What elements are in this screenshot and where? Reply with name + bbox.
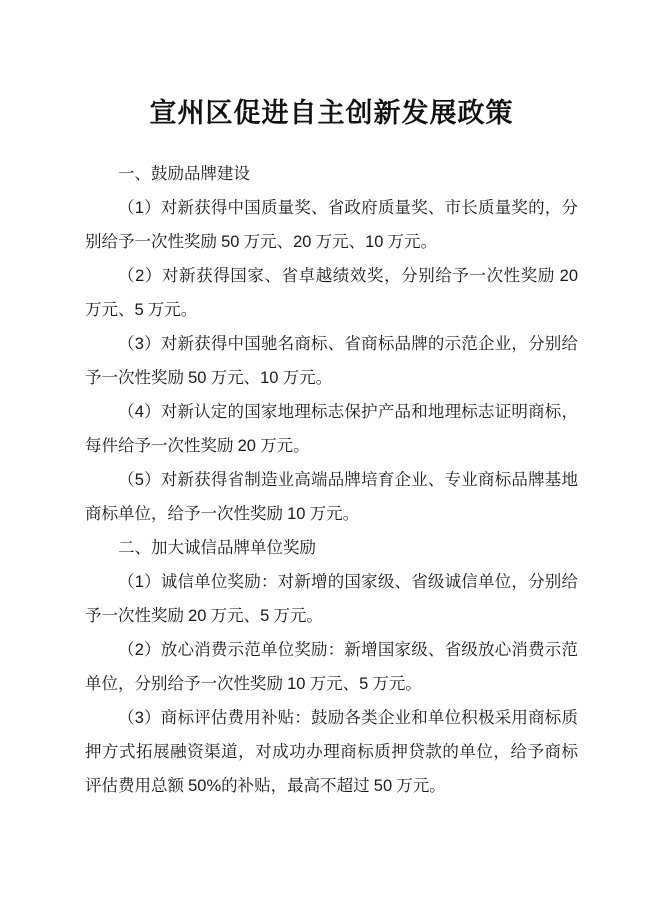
- section-heading: 一、鼓励品牌建设: [85, 157, 578, 191]
- document-title: 宣州区促进自主创新发展政策: [85, 95, 578, 131]
- paragraph: （3）对新获得中国驰名商标、省商标品牌的示范企业，分别给予一次性奖励 50 万元…: [85, 327, 578, 395]
- document-page: 宣州区促进自主创新发展政策 一、鼓励品牌建设 （1）对新获得中国质量奖、省政府质…: [0, 0, 650, 919]
- paragraph: （4）对新认定的国家地理标志保护产品和地理标志证明商标，每件给予一次性奖励 20…: [85, 395, 578, 463]
- paragraph: （1）对新获得中国质量奖、省政府质量奖、市长质量奖的，分别给予一次性奖励 50 …: [85, 191, 578, 259]
- document-body: 一、鼓励品牌建设 （1）对新获得中国质量奖、省政府质量奖、市长质量奖的，分别给予…: [85, 157, 578, 803]
- paragraph: （2）对新获得国家、省卓越绩效奖，分别给予一次性奖励 20 万元、5 万元。: [85, 259, 578, 327]
- section-integrity-brand-awards: 二、加大诚信品牌单位奖励 （1）诚信单位奖励：对新增的国家级、省级诚信单位，分别…: [85, 531, 578, 803]
- paragraph: （3）商标评估费用补贴：鼓励各类企业和单位积极采用商标质押方式拓展融资渠道，对成…: [85, 701, 578, 803]
- section-brand-building: 一、鼓励品牌建设 （1）对新获得中国质量奖、省政府质量奖、市长质量奖的，分别给予…: [85, 157, 578, 531]
- paragraph: （2）放心消费示范单位奖励：新增国家级、省级放心消费示范单位，分别给予一次性奖励…: [85, 633, 578, 701]
- section-heading: 二、加大诚信品牌单位奖励: [85, 531, 578, 565]
- paragraph: （1）诚信单位奖励：对新增的国家级、省级诚信单位，分别给予一次性奖励 20 万元…: [85, 565, 578, 633]
- paragraph: （5）对新获得省制造业高端品牌培育企业、专业商标品牌基地商标单位，给予一次性奖励…: [85, 463, 578, 531]
